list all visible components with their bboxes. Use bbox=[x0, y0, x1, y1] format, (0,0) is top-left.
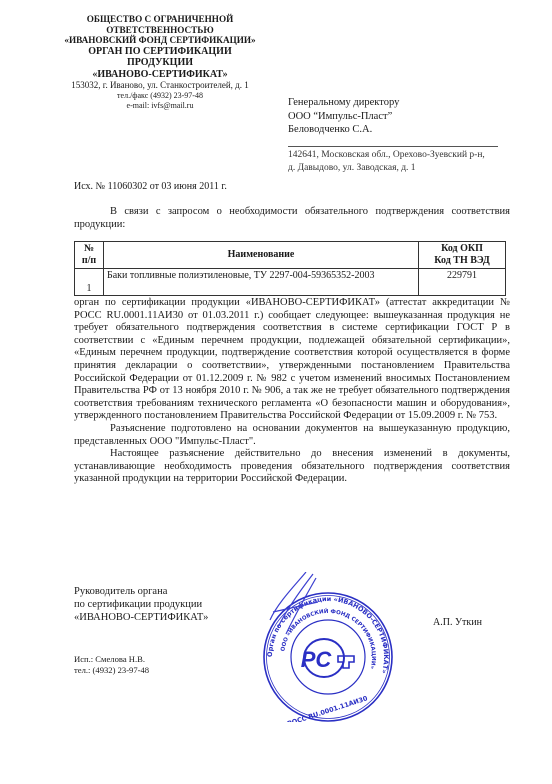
letterhead-line3: «ИВАНОВСКИЙ ФОНД СЕРТИФИКАЦИИ» bbox=[60, 35, 260, 46]
signatory-title-line1: Руководитель органа bbox=[74, 586, 208, 599]
addressee-block: Генеральному директору ООО “Импульс-Плас… bbox=[288, 96, 508, 137]
official-stamp: Орган по сертификации «ИВАНОВО-СЕРТИФИКА… bbox=[258, 572, 398, 722]
letterhead-line2: ОТВЕТСТВЕННОСТЬЮ bbox=[60, 25, 260, 36]
row-num: 1 bbox=[75, 269, 104, 296]
letterhead: ОБЩЕСТВО С ОГРАНИЧЕННОЙ ОТВЕТСТВЕННОСТЬЮ… bbox=[60, 14, 260, 111]
body-paragraph-3: Настоящее разъяснение действительно до в… bbox=[74, 448, 510, 486]
address-divider bbox=[288, 146, 498, 147]
addressee-name: Беловодченко С.А. bbox=[288, 123, 508, 137]
letterhead-address: 153032, г. Иваново, ул. Станкостроителей… bbox=[60, 80, 260, 91]
outgoing-number: Исх. № 11060302 от 03 июня 2011 г. bbox=[74, 181, 227, 192]
letterhead-phone: тел./факс (4932) 23-97-48 bbox=[60, 91, 260, 101]
addressee-address: 142641, Московская обл., Орехово-Зуевски… bbox=[288, 149, 518, 174]
header-code: Код ОКП Код ТН ВЭД bbox=[419, 242, 506, 269]
product-table: № п/п Наименование Код ОКП Код ТН ВЭД 1 … bbox=[74, 241, 506, 296]
letterhead-line1: ОБЩЕСТВО С ОГРАНИЧЕННОЙ bbox=[60, 14, 260, 25]
table-header-row: № п/п Наименование Код ОКП Код ТН ВЭД bbox=[75, 242, 506, 269]
signatory-title: Руководитель органа по сертификации прод… bbox=[74, 586, 208, 624]
addressee-address-line2: д. Давыдово, ул. Заводская, д. 1 bbox=[288, 162, 518, 175]
header-num-line2: п/п bbox=[78, 255, 100, 267]
stamp-seal-icon: Орган по сертификации «ИВАНОВО-СЕРТИФИКА… bbox=[258, 572, 398, 722]
svg-text:РОСС RU.0001.11АИ30: РОСС RU.0001.11АИ30 bbox=[286, 694, 369, 722]
header-num: № п/п bbox=[75, 242, 104, 269]
row-code: 229791 bbox=[419, 269, 506, 296]
letter-body: орган по сертификации продукции «ИВАНОВО… bbox=[74, 297, 510, 486]
intro-paragraph: В связи с запросом о необходимости обяза… bbox=[74, 206, 510, 231]
letterhead-email: e-mail: ivfs@mail.ru bbox=[60, 101, 260, 111]
addressee-position: Генеральному директору bbox=[288, 96, 508, 110]
executor-block: Исп.: Смелова Н.В. тел.: (4932) 23-97-48 bbox=[74, 654, 149, 676]
signatory-title-line2: по сертификации продукции bbox=[74, 599, 208, 612]
header-name: Наименование bbox=[104, 242, 419, 269]
executor-phone: тел.: (4932) 23-97-48 bbox=[74, 665, 149, 676]
letterhead-line5: «ИВАНОВО-СЕРТИФИКАТ» bbox=[60, 69, 260, 81]
addressee-address-line1: 142641, Московская обл., Орехово-Зуевски… bbox=[288, 149, 518, 162]
signatory-title-line3: «ИВАНОВО-СЕРТИФИКАТ» bbox=[74, 612, 208, 625]
signatory-name: А.П. Уткин bbox=[433, 617, 482, 628]
header-num-line1: № bbox=[78, 243, 100, 255]
header-code-line1: Код ОКП bbox=[422, 243, 502, 255]
svg-text:РС: РС bbox=[301, 647, 333, 672]
header-code-line2: Код ТН ВЭД bbox=[422, 255, 502, 267]
body-paragraph-2: Разъяснение подготовлено на основании до… bbox=[74, 423, 510, 448]
executor-name: Исп.: Смелова Н.В. bbox=[74, 654, 149, 665]
body-paragraph-1: орган по сертификации продукции «ИВАНОВО… bbox=[74, 297, 510, 423]
row-name: Баки топливные полиэтиленовые, ТУ 2297-0… bbox=[104, 269, 419, 296]
table-row: 1 Баки топливные полиэтиленовые, ТУ 2297… bbox=[75, 269, 506, 296]
letterhead-line4: ОРГАН ПО СЕРТИФИКАЦИИ ПРОДУКЦИИ bbox=[60, 46, 260, 69]
addressee-company: ООО “Импульс-Пласт” bbox=[288, 110, 508, 124]
